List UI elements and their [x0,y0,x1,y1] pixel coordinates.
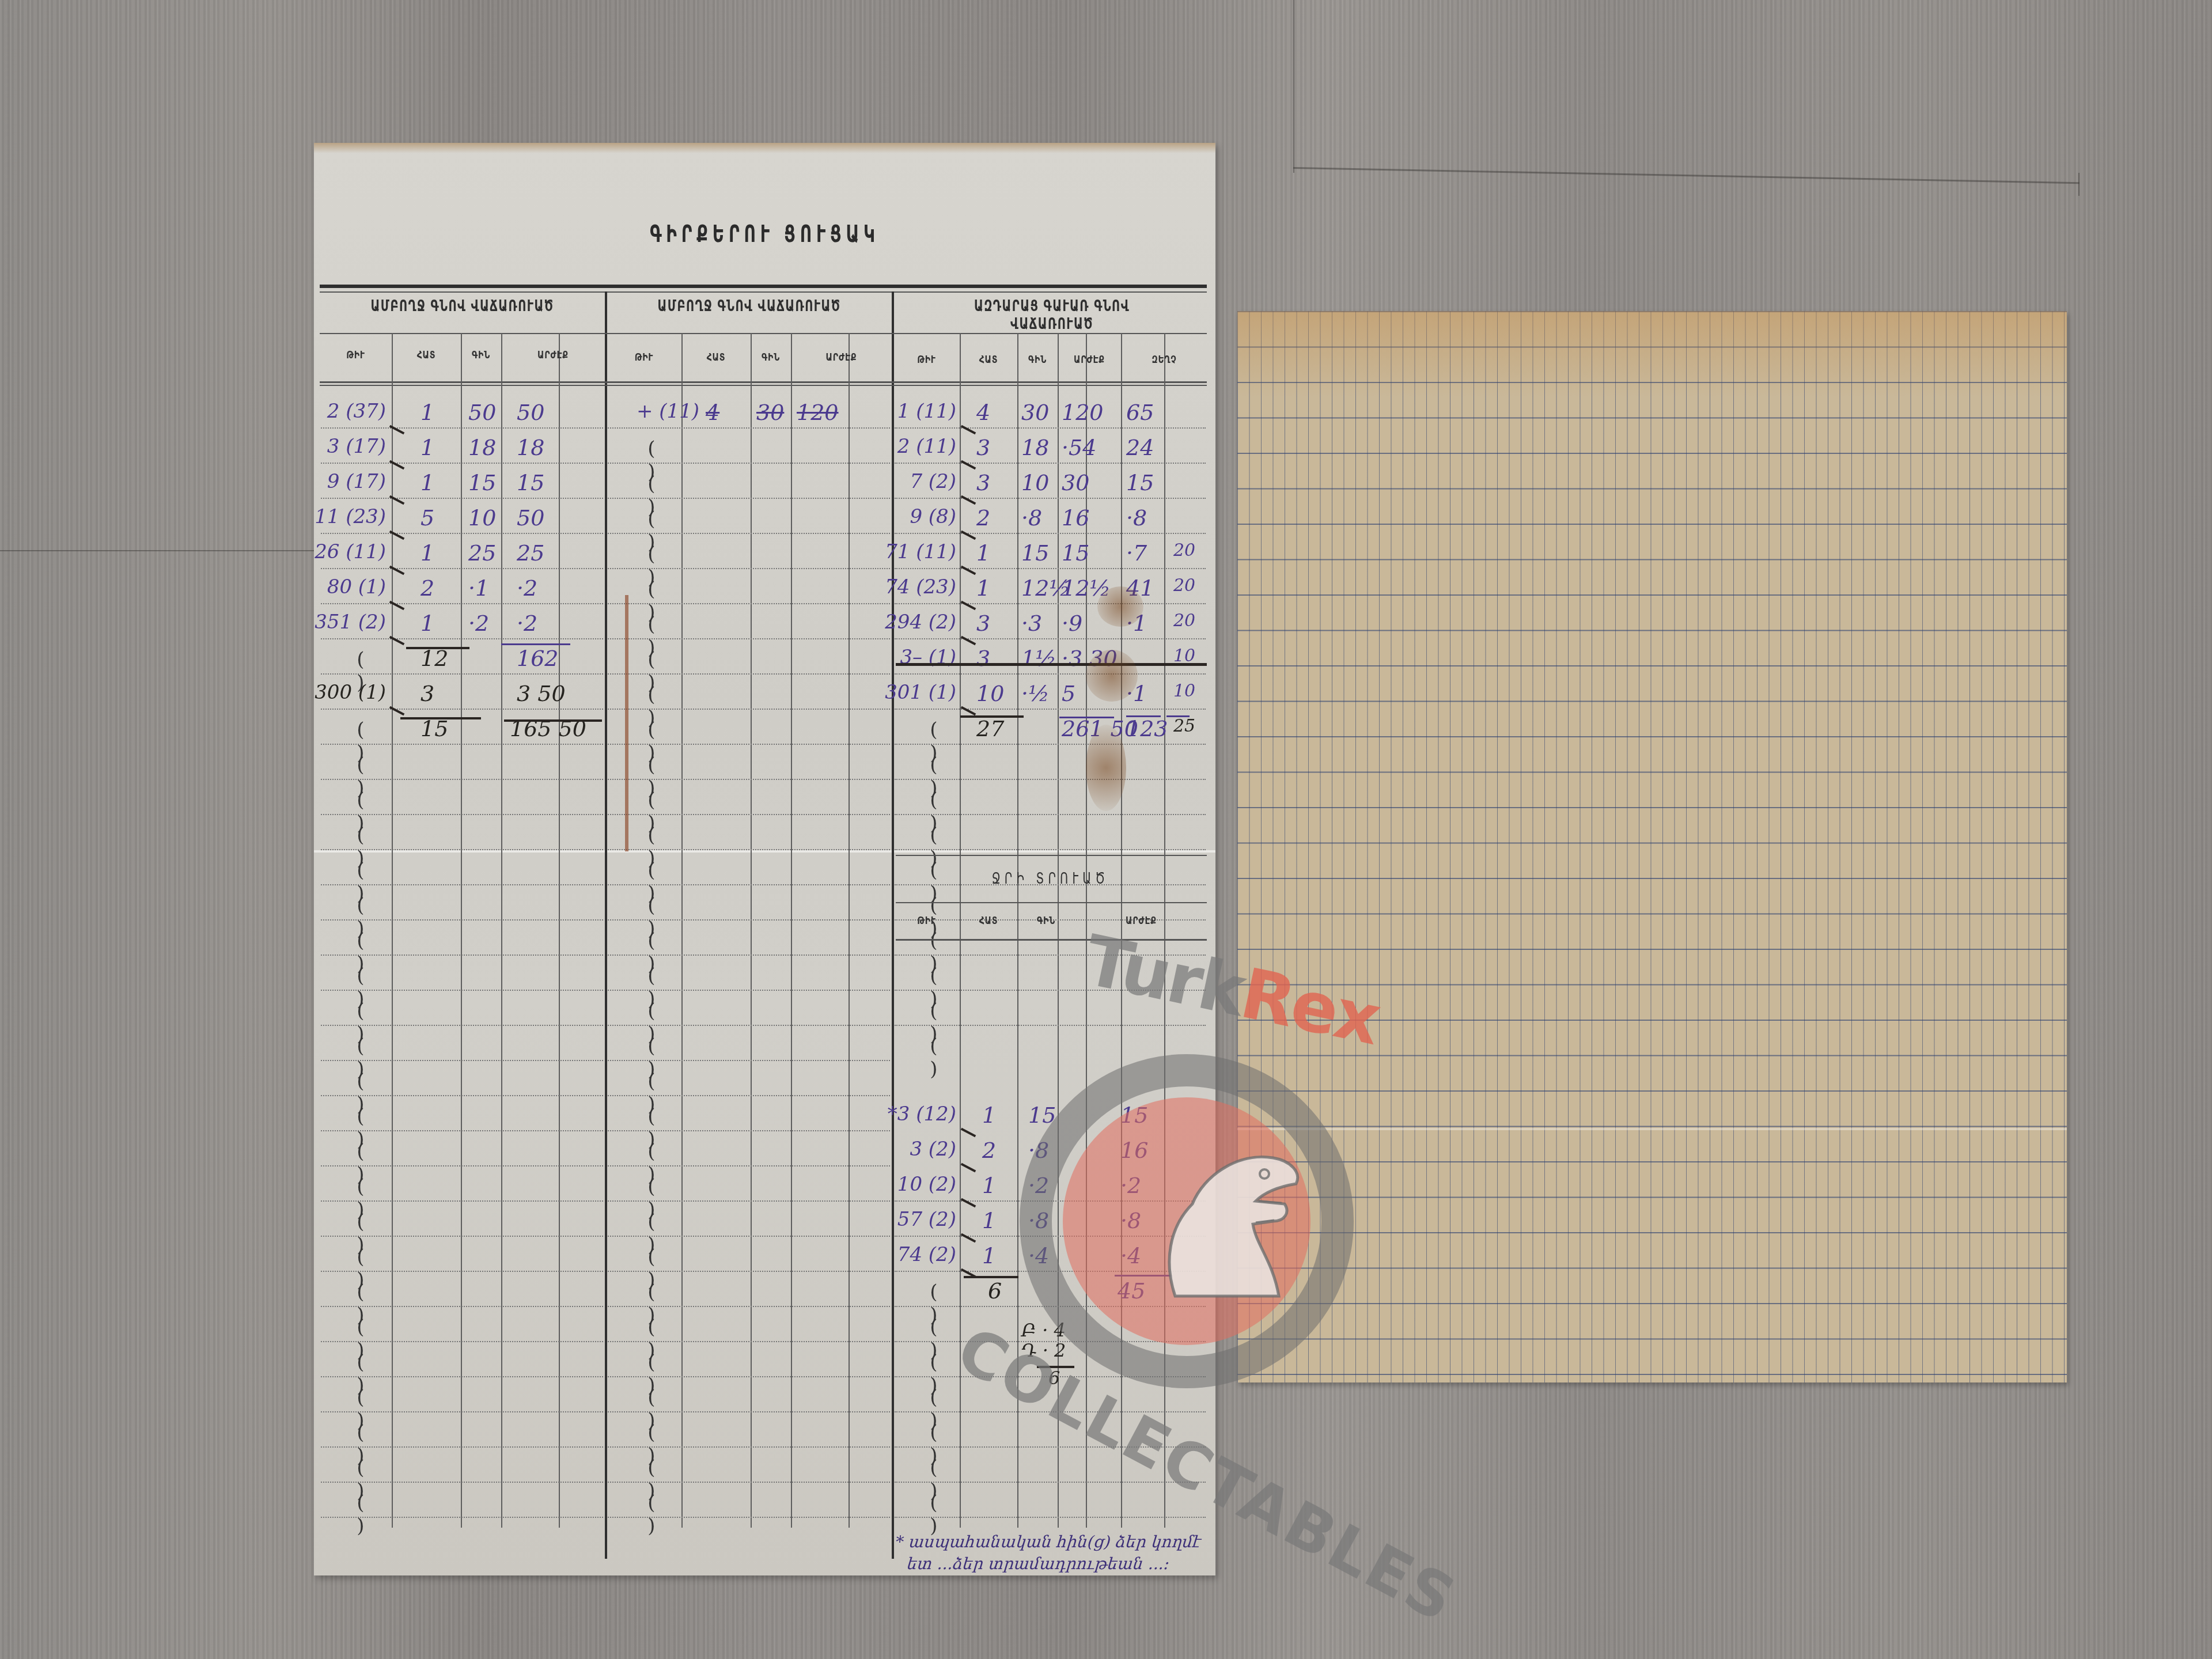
row-discount: ·7 [1126,540,1147,566]
row-quantity: 1 [421,435,434,460]
row-number: 9 (8) [910,505,956,528]
row-number: 294 (2) [885,611,956,634]
row-number-marker: ( ) [922,1035,956,1081]
row-rule [895,709,1206,710]
row-value: 15 [1062,540,1089,566]
check-mark [961,601,976,611]
row-number: 80 (1) [327,575,386,599]
header-rule [320,285,1207,288]
subtable-heading: ՋՐԻ ՏՐՈՒԱԾ [937,870,1163,888]
row-price: 15 [1021,540,1049,566]
row-rule [895,638,1206,639]
row-value: 15 [517,470,544,495]
column-rule [1164,333,1165,1528]
row-quantity: 2 [976,505,990,531]
row-value: ·54 [1062,435,1096,460]
row-rule [895,533,1206,534]
row-rule [321,463,603,464]
row-value: 162 [517,646,559,671]
column-rule [559,333,560,1528]
trex-icon [1141,1129,1313,1302]
row-rule [321,568,603,569]
section-divider [605,291,607,1559]
row-quantity: 4 [976,400,990,425]
header-rule [320,291,1207,293]
row-rule [321,709,603,710]
row-value: ·2 [1120,1173,1141,1198]
row-quantity: 2 [982,1138,996,1163]
row-number: 10 (2) [897,1173,956,1196]
row-discount-fraction: 20 [1173,611,1195,631]
row-rule [895,427,1206,429]
row-value: 120 [797,400,839,425]
row-discount-fraction: 20 [1173,575,1195,596]
row-price: ·8 [1028,1138,1049,1163]
row-number: 1 (11) [897,400,956,423]
row-number: 9 (17) [327,470,386,493]
check-mark [961,1198,976,1208]
col-head-value: ԱՐԺԷՔ [1065,354,1114,366]
row-value: 15 [1120,1103,1148,1128]
col-head-quantity: ՀԱՏ [399,349,453,361]
row-price: ·2 [468,611,489,636]
ink-stain [1097,586,1143,627]
total-underline [501,643,570,645]
row-rule [895,463,1206,464]
row-quantity: 2 [421,575,434,601]
row-quantity: 3 [976,470,990,495]
row-number-marker: ( ) [349,1491,383,1537]
row-quantity: 1 [982,1208,996,1233]
total-underline [406,647,469,649]
plank-seam [1293,0,1294,173]
col-head-price: ԳԻՆ [1022,354,1054,366]
row-discount: 65 [1126,400,1154,425]
row-value: 16 [1062,505,1089,531]
row-value: 18 [517,435,544,460]
footnote-line-1: * ասպահանական հին(ց) ձեր կողմէ [895,1532,1202,1551]
row-price: 15 [468,470,496,495]
row-price: 18 [1021,435,1049,460]
row-discount-fraction: 20 [1173,540,1195,560]
row-number: 71 (11) [885,540,956,563]
col-head-number: ԹԻՒ [901,354,953,366]
row-value: 3 50 [517,681,566,706]
row-number: 74 (23) [885,575,956,599]
row-quantity: 1 [421,400,434,425]
row-value: 25 [517,540,544,566]
col-head-quantity: ՀԱՏ [966,354,1011,366]
row-value: ·8 [1120,1208,1141,1233]
paper-fold [1237,1128,2067,1130]
footnote-line-2: ետ ...ձեր տրամադրութեան ...: [906,1554,1170,1573]
row-discount-fraction: 10 [1173,681,1195,701]
row-price: 10 [1021,470,1049,495]
plank-seam [0,550,314,551]
column-rule [849,333,850,1528]
row-price: 10 [468,505,496,531]
row-discount: 123 [1126,716,1168,741]
row-value: 120 [1062,400,1104,425]
row-value: ·9 [1062,611,1082,636]
row-number-marker: ( ) [639,1491,674,1537]
row-quantity: 3 [976,435,990,460]
total-underline [504,719,602,722]
row-price: 18 [468,435,496,460]
col-head-price: ԳԻՆ [755,351,787,363]
row-price: 15 [1028,1103,1056,1128]
section-heading-3: ԱԶԴԱՐԱՑ ԳԱՒԱՌ ԳՆՈՎ ՎԱՃԱՌՈՒԱԾ [938,297,1166,333]
row-number: 57 (2) [897,1208,956,1231]
col-head-number: ԹԻՒ [615,351,673,363]
col-head-number: ԹԻՒ [901,915,953,927]
row-value: ·4 [1120,1243,1141,1268]
paper-fold [314,850,1215,853]
row-rule [895,603,1206,604]
section-divider [892,291,894,1559]
subtable-note: Բ · 4 [1021,1319,1066,1341]
row-discount: ·8 [1126,505,1147,531]
row-rule [321,533,603,534]
check-mark [961,566,976,575]
row-value: ·2 [517,575,537,601]
paper-stain [314,143,1215,153]
check-mark [961,706,976,716]
row-rule [895,673,1206,675]
plank-seam [2078,173,2080,196]
row-price: 30 [1021,400,1049,425]
row-quantity: 3 [976,611,990,636]
row-quantity: 1 [982,1173,996,1198]
row-quantity: 27 [976,716,1004,741]
row-quantity: 1 [421,611,434,636]
subtable-rule [896,855,1207,856]
row-rule [321,603,603,604]
strike-through [896,663,1207,666]
column-rule [461,333,462,1528]
row-price: 25 [468,540,496,566]
col-head-number: ԹԻՒ [328,349,384,361]
row-discount: 24 [1126,435,1154,460]
row-price: ·8 [1028,1208,1049,1233]
row-value: 50 [517,400,544,425]
row-price: 1½ [1021,646,1056,671]
total-underline [1126,715,1161,717]
row-quantity: 1 [976,575,990,601]
col-head-price: ԳԻՆ [465,349,497,361]
row-price: ·2 [1028,1173,1049,1198]
col-head-quantity: ՀԱՏ [689,351,743,363]
subtable-total-quantity: 6 [988,1278,1002,1304]
ink-stain [1086,725,1126,811]
row-number: 300 (1) [315,681,386,704]
section-heading-2: ԱՄԲՈՂՋ ԳՆՈՎ ՎԱՃԱՌՈՒԱԾ [646,297,851,315]
check-mark [961,460,976,470]
row-value: 50 [517,505,544,531]
ledger-sheet: ԳԻՐՔԵՐՈՒ ՑՈՒՑԱԿ ԱՄԲՈՂՋ ԳՆՈՎ ՎԱՃԱՌՈՒԱԾ ԱՄ… [314,143,1215,1575]
column-rule [751,333,752,1528]
col-head-discount: ԶԵՂՉ [1131,354,1198,366]
check-mark [961,636,976,646]
row-number: 351 (2) [315,611,386,634]
row-discount: 15 [1126,470,1154,495]
heading-rule [320,333,1207,334]
row-value: ·2 [517,611,537,636]
total-underline [1059,717,1114,718]
column-head-rule [320,381,1207,383]
check-mark [961,1128,976,1138]
row-number: 2 (37) [327,400,386,423]
column-rule [791,333,792,1528]
row-number: 2 (11) [897,435,956,458]
total-underline [400,717,481,719]
row-number-marker: ( ) [922,1491,956,1537]
row-value: 5 [1062,681,1075,706]
total-underline [1166,715,1190,717]
row-price: ·1 [468,575,489,601]
row-number: 74 (2) [897,1243,956,1266]
check-mark [961,531,976,540]
row-price: 30 [756,400,784,425]
check-mark [961,425,976,435]
column-rule [681,333,683,1528]
row-number: 3 (17) [327,435,386,458]
row-quantity: 12 [421,646,448,671]
row-rule [895,498,1206,499]
row-number: 3 (2) [910,1138,956,1161]
row-number: 11 (23) [315,505,386,528]
row-rule [608,427,890,429]
row-quantity: 10 [976,681,1004,706]
section-heading-1: ԱՄԲՈՂՋ ԳՆՈՎ ՎԱՃԱՌՈՒԱԾ [359,297,565,315]
ink-stain [1086,650,1138,702]
column-rule [501,333,502,1528]
row-quantity: 1 [421,470,434,495]
subtable-rule [896,902,1207,903]
graph-paper-sheet [1237,311,2067,1382]
check-mark [961,495,976,505]
row-quantity: 1 [421,540,434,566]
row-quantity: 3 [421,681,434,706]
row-price: ·4 [1028,1243,1049,1268]
row-quantity: 1 [982,1243,996,1268]
col-head-value: ԱՐԺԷՔ [513,349,593,361]
row-quantity: 15 [421,716,448,741]
row-number: + (11) [637,400,699,423]
row-quantity: 1 [976,540,990,566]
row-price: 50 [468,400,496,425]
row-rule [895,568,1206,569]
row-quantity: 3 [976,646,990,671]
column-rule [392,333,393,1528]
col-head-price: ԳԻՆ [1024,915,1069,927]
row-quantity: 1 [982,1103,996,1128]
row-rule [321,427,603,429]
col-head-value: ԱՐԺԷՔ [802,351,881,363]
row-price: ·3 [1021,611,1042,636]
row-rule [321,638,603,639]
row-value: 30 [1062,470,1089,495]
check-mark [961,1233,976,1243]
row-number: 26 (11) [315,540,386,563]
column-head-rule [320,385,1207,386]
row-number: 301 (1) [885,681,956,704]
brown-ink-line [625,595,628,851]
plank-seam [1293,167,2080,184]
total-underline [960,715,1024,718]
check-mark [961,1163,976,1173]
row-number: *3 (12) [888,1103,956,1126]
col-head-quantity: ՀԱՏ [966,915,1011,927]
document-title: ԳԻՐՔԵՐՈՒ ՑՈՒՑԱԿ [413,221,1116,248]
row-number: 7 (2) [910,470,956,493]
row-quantity: 4 [706,400,719,425]
row-quantity: 5 [421,505,434,531]
row-discount-fraction: 25 [1173,716,1195,736]
row-rule [321,498,603,499]
row-price: ·8 [1021,505,1042,531]
row-price: ·½ [1021,681,1050,706]
